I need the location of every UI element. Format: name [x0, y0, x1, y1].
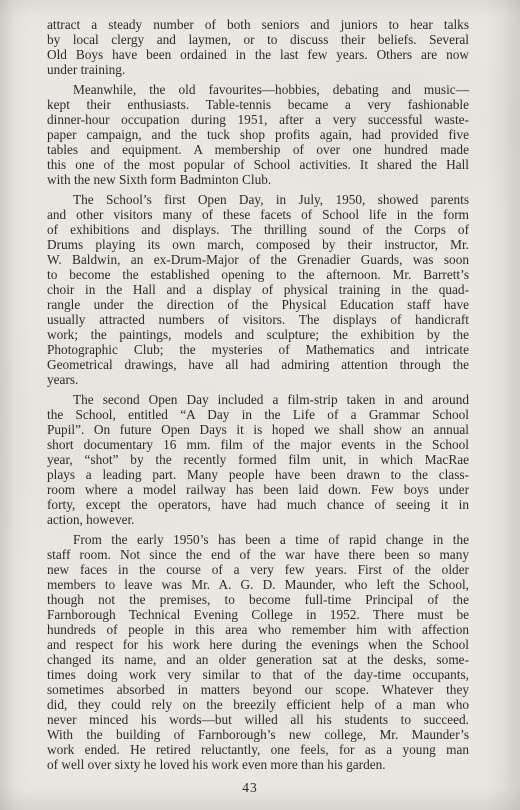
text-line: never minced his words—but willed all hi…: [47, 712, 469, 727]
text-line: short documentary 16 mm. film of the maj…: [47, 437, 469, 452]
text-line: Farnborough Technical Evening College in…: [47, 607, 469, 622]
text-line: forty, except the operators, have had mu…: [47, 497, 469, 512]
paragraph: From the early 1950’s has been a time of…: [47, 532, 469, 772]
text-line: Pupil”. On future Open Days it is hoped …: [47, 422, 469, 437]
text-line: room where a model railway has been laid…: [47, 482, 469, 497]
text-line: under training.: [47, 62, 469, 77]
text-line: times doing work very similar to that of…: [47, 667, 469, 682]
text-line: of well over sixty he loved his work eve…: [47, 757, 469, 772]
text-line: dinner-hour occupation during 1951, afte…: [47, 112, 469, 127]
text-line: of exhibitions and displays. The thrilli…: [47, 222, 469, 237]
text-line: hundreds of people in this area who reme…: [47, 622, 469, 637]
text-line: by local clergy and laymen, or to discus…: [47, 32, 469, 47]
text-line: choir in the Hall and a display of physi…: [47, 282, 469, 297]
text-line: changed its name, and an older generatio…: [47, 652, 469, 667]
text-line: rangle under the direction of the Physic…: [47, 297, 469, 312]
text-line: this one of the most popular of School a…: [47, 157, 469, 172]
text-line: action, however.: [47, 512, 469, 527]
text-line: staff room. Not since the end of the war…: [47, 547, 469, 562]
text-line: tables and equipment. A membership of ov…: [47, 142, 469, 157]
text-line: though not the premises, to become full-…: [47, 592, 469, 607]
page-text: attract a steady number of both seniors …: [47, 17, 469, 777]
text-line: The School’s first Open Day, in July, 19…: [47, 192, 469, 207]
paragraph: The second Open Day included a film-stri…: [47, 392, 469, 527]
scanned-page: attract a steady number of both seniors …: [0, 0, 520, 810]
text-line: work; the paintings, models and sculptur…: [47, 327, 469, 342]
paragraph: The School’s first Open Day, in July, 19…: [47, 192, 469, 387]
text-line: W. Baldwin, an ex-Drum-Major of the Gren…: [47, 252, 469, 267]
text-line: Photographic Club; the mysteries of Math…: [47, 342, 469, 357]
paragraph: Meanwhile, the old favourites—hobbies, d…: [47, 82, 469, 187]
text-line: Old Boys have been ordained in the last …: [47, 47, 469, 62]
text-line: to become the established opening to the…: [47, 267, 469, 282]
paragraph: attract a steady number of both seniors …: [47, 17, 469, 77]
text-line: attract a steady number of both seniors …: [47, 17, 469, 32]
text-line: work ended. He retired reluctantly, one …: [47, 742, 469, 757]
text-line: Drums playing its own march, composed by…: [47, 237, 469, 252]
text-line: kept their enthusiasts. Table-tennis bec…: [47, 97, 469, 112]
text-line: Geometrical drawings, have all had admir…: [47, 357, 469, 372]
text-line: with the new Sixth form Badminton Club.: [47, 172, 469, 187]
text-line: plays a leading part. Many people have b…: [47, 467, 469, 482]
text-line: With the building of Farnborough’s new c…: [47, 727, 469, 742]
page-number: 43: [0, 780, 500, 796]
text-line: members to leave was Mr. A. G. D. Maunde…: [47, 577, 469, 592]
text-line: and respect for his work here during the…: [47, 637, 469, 652]
text-line: years.: [47, 372, 469, 387]
text-line: and other visitors many of these facets …: [47, 207, 469, 222]
text-line: usually attracted numbers of visitors. T…: [47, 312, 469, 327]
text-line: did, they could rely on the breezily eff…: [47, 697, 469, 712]
text-line: new faces in the course of a very few ye…: [47, 562, 469, 577]
text-line: The second Open Day included a film-stri…: [47, 392, 469, 407]
text-line: year, “shot” by the recently formed film…: [47, 452, 469, 467]
text-line: paper campaign, and the tuck shop profit…: [47, 127, 469, 142]
text-line: the School, entitled “A Day in the Life …: [47, 407, 469, 422]
text-line: From the early 1950’s has been a time of…: [47, 532, 469, 547]
text-line: Meanwhile, the old favourites—hobbies, d…: [47, 82, 469, 97]
text-line: sometimes absorbed in matters beyond our…: [47, 682, 469, 697]
